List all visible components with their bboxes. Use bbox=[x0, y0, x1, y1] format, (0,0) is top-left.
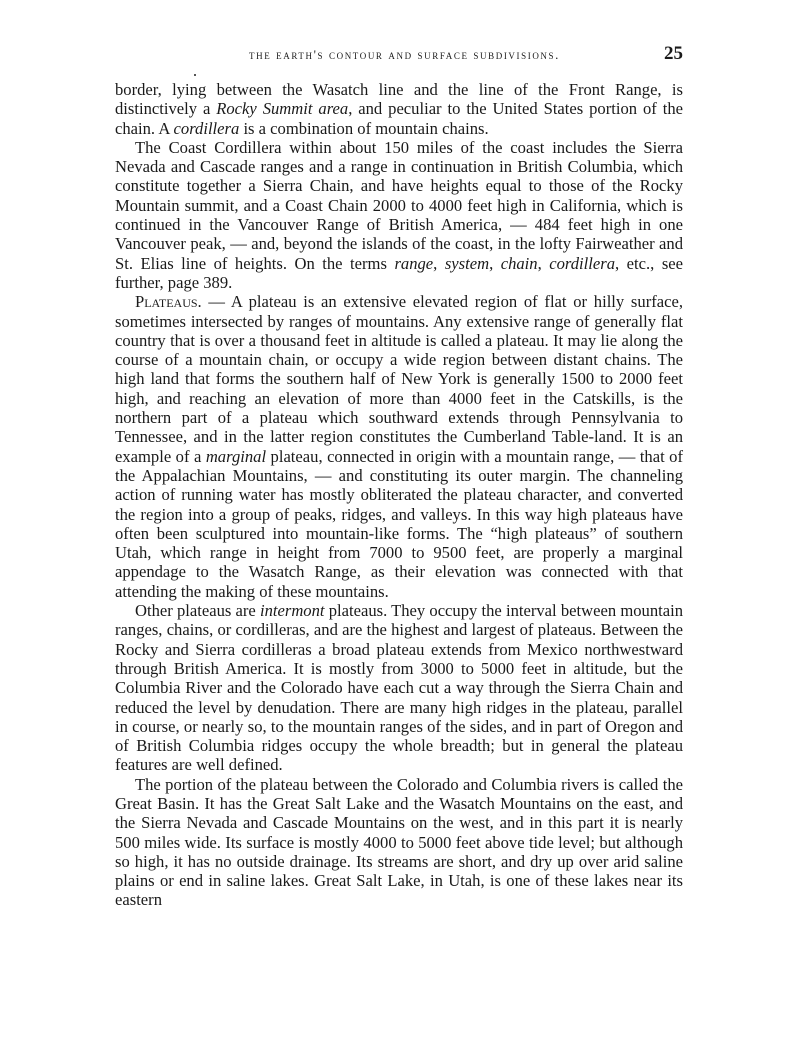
text-run: is a combination of mountain chains. bbox=[239, 119, 488, 138]
italic-term: cordillera bbox=[174, 119, 240, 138]
page-number: 25 bbox=[664, 43, 683, 65]
body-text: border, lying between the Wasatch line a… bbox=[115, 80, 683, 910]
paragraph: border, lying between the Wasatch line a… bbox=[115, 80, 683, 138]
running-title: THE EARTH'S CONTOUR AND SURFACE SUBDIVIS… bbox=[115, 47, 664, 63]
italic-term: marginal bbox=[206, 447, 266, 466]
paragraph: The Coast Cordillera within about 150 mi… bbox=[115, 138, 683, 292]
italic-term: range bbox=[394, 254, 433, 273]
section-heading: Plateaus. bbox=[135, 292, 202, 311]
text-run: The portion of the plateau between the C… bbox=[115, 775, 683, 910]
text-run: , bbox=[538, 254, 550, 273]
text-run: , bbox=[489, 254, 501, 273]
italic-term: Rocky Summit area bbox=[216, 99, 348, 118]
paragraph: Plateaus. — A plateau is an extensive el… bbox=[115, 292, 683, 601]
italic-term: chain bbox=[501, 254, 538, 273]
text-run: Other plateaus are bbox=[135, 601, 260, 620]
text-run: plateau, connected in origin with a moun… bbox=[115, 447, 683, 601]
text-run: — A plateau is an extensive elevated reg… bbox=[115, 292, 683, 465]
italic-term: intermont bbox=[260, 601, 325, 620]
text-run: plateaus. They occupy the interval betwe… bbox=[115, 601, 683, 774]
text-run: The Coast Cordillera within about 150 mi… bbox=[115, 138, 683, 273]
paragraph: The portion of the plateau between the C… bbox=[115, 775, 683, 910]
paragraph: Other plateaus are intermont plateaus. T… bbox=[115, 601, 683, 775]
italic-term: cordillera bbox=[549, 254, 615, 273]
text-run: , bbox=[433, 254, 445, 273]
italic-term: system bbox=[445, 254, 489, 273]
print-speck bbox=[194, 74, 196, 76]
page-header: THE EARTH'S CONTOUR AND SURFACE SUBDIVIS… bbox=[115, 43, 683, 65]
